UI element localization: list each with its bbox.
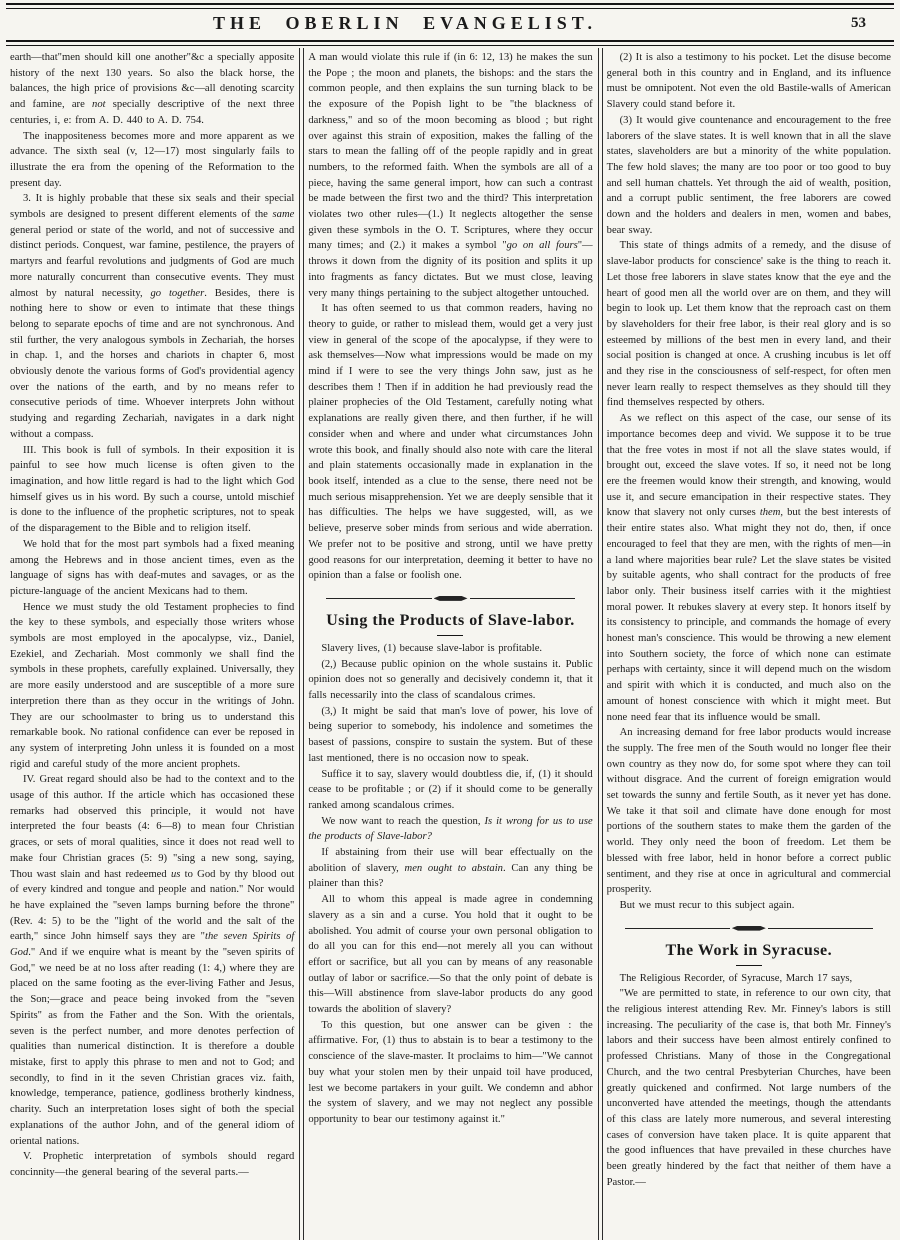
paragraph: This state of things admits of a remedy,…	[607, 238, 891, 411]
masthead: THE OBERLIN EVANGELIST. 53	[0, 9, 900, 40]
paragraph: The inappositeness becomes more and more…	[10, 129, 294, 192]
paragraph: As we reflect on this aspect of the case…	[607, 411, 891, 725]
column-rule-2	[598, 48, 603, 1240]
paragraph: (2) It is also a testimony to his pocket…	[607, 50, 891, 113]
paragraph: The Religious Recorder, of Syracuse, Mar…	[607, 971, 891, 987]
masthead-title: THE OBERLIN EVANGELIST.	[0, 13, 810, 34]
paragraph: We now want to reach the question, Is it…	[308, 814, 592, 845]
column-2: A man would violate this rule if (in 6: …	[305, 48, 596, 1240]
column-1: earth—that"men should kill one another"&…	[7, 48, 298, 1240]
paragraph: (2,) Because public opinion on the whole…	[308, 657, 592, 704]
article-heading: Using the Products of Slave-labor.	[308, 612, 592, 638]
column-3: (2) It is also a testimony to his pocket…	[604, 48, 895, 1240]
paragraph: Suffice it to say, slavery would doubtle…	[308, 767, 592, 814]
paragraph: III. This book is full of symbols. In th…	[10, 443, 294, 537]
paragraph: We hold that for the most part symbols h…	[10, 537, 294, 600]
section-divider	[326, 594, 574, 603]
section-divider	[625, 924, 873, 933]
page-number: 53	[851, 15, 866, 32]
paragraph: (3) It would give countenance and encour…	[607, 113, 891, 239]
paragraph: "We are permitted to state, in reference…	[607, 986, 891, 1190]
paragraph: It has often seemed to us that common re…	[308, 301, 592, 584]
paragraph: To this question, but one answer can be …	[308, 1018, 592, 1128]
paragraph: V. Prophetic interpretation of symbols s…	[10, 1149, 294, 1180]
paragraph: If abstaining from their use will bear e…	[308, 845, 592, 892]
paragraph: An increasing demand for free labor prod…	[607, 725, 891, 898]
paragraph: (3,) It might be said that man's love of…	[308, 704, 592, 767]
paragraph: But we must recur to this subject again.	[607, 898, 891, 914]
column-layout: earth—that"men should kill one another"&…	[0, 46, 900, 1240]
paragraph: A man would violate this rule if (in 6: …	[308, 50, 592, 301]
column-rule-1	[299, 48, 304, 1240]
divider-diamond-icon	[434, 596, 468, 601]
paragraph: 3. It is highly probable that these six …	[10, 191, 294, 442]
paragraph: IV. Great regard should also be had to t…	[10, 772, 294, 1149]
article-heading: The Work in Syracuse.	[607, 942, 891, 968]
divider-diamond-icon	[732, 926, 766, 931]
paragraph: Hence we must study the old Testament pr…	[10, 600, 294, 773]
paragraph: All to whom this appeal is made agree in…	[308, 892, 592, 1018]
paragraph: Slavery lives, (1) because slave-labor i…	[308, 641, 592, 657]
newspaper-page: THE OBERLIN EVANGELIST. 53 earth—that"me…	[0, 0, 900, 1240]
paragraph: earth—that"men should kill one another"&…	[10, 50, 294, 129]
